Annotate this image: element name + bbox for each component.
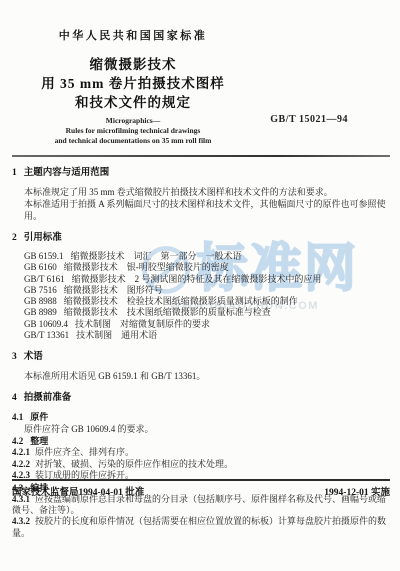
clause-number: 4 <box>12 393 17 403</box>
clause-number: GB 6160 <box>24 262 57 272</box>
footer-divider <box>12 479 390 481</box>
clause-text: 本标准规定了用 35 mm 卷式缩微胶片拍摄技术图样和技术文件的方法和要求。 <box>24 187 333 197</box>
document-line: GB 6160缩微摄影技术 银-明胶型缩微胶片的密度 <box>12 262 388 273</box>
clause-text: 拍摄前准备 <box>24 393 72 403</box>
clause-number: GB 8989 <box>24 307 57 317</box>
document-line: 4拍摄前准备 <box>12 393 388 404</box>
clause-text: 缩微摄影技术 2 号测试图的特征及其在缩微摄影技术中的应用 <box>72 274 322 284</box>
document-line: GB/T 13361技术制图 通用术语 <box>12 330 388 341</box>
document-line: 本标准所用术语见 GB 6159.1 和 GB/T 13361。 <box>12 370 388 382</box>
header-divider <box>12 155 390 157</box>
document-title-zh: 缩微摄影技术用 35 mm 卷片拍摄技术图样和技术文件的规定 <box>0 55 266 112</box>
document-line: GB 8989缩微摄影技术 技术图纸缩微摄影的质量标准与检查 <box>12 307 388 318</box>
clause-number: GB 6159.1 <box>24 251 64 261</box>
clause-text: 按胶片的长度和原件情况（包括需要在相应位置放置的标板）计算每盘胶片拍摄原件的数量… <box>12 516 386 537</box>
document-line: 4.3.2按胶片的长度和原件情况（包括需要在相应位置放置的标板）计算每盘胶片拍摄… <box>12 516 388 539</box>
document-title-en: Micrographics—Rules for microfilming tec… <box>0 116 266 146</box>
clause-text: 原件应齐全、排列有序。 <box>35 447 134 457</box>
clause-number: GB 8988 <box>24 296 57 306</box>
clause-text: 缩微摄影技术 技术图纸缩微摄影的质量标准与检查 <box>64 307 271 317</box>
clause-text: 技术制图 对缩微复制原件的要求 <box>75 319 210 329</box>
subtitle-line: Rules for microfilming technical drawing… <box>0 126 266 136</box>
standard-number: GB/T 15021—94 <box>270 114 348 125</box>
subtitle-line: and technical documentations on 35 mm ro… <box>0 136 266 146</box>
document-footer: 国家技术监督局1994-04-01 批准 1994-12-01 实施 <box>12 484 390 498</box>
clause-text: 缩微摄影技术 图形符号 <box>64 285 163 295</box>
clause-text: 本标准所用术语见 GB 6159.1 和 GB/T 13361。 <box>24 371 205 381</box>
document-line: GB 7516缩微摄影技术 图形符号 <box>12 285 388 296</box>
clause-text: 引用标准 <box>24 233 62 243</box>
document-line: 本标准适用于拍摄 A 系列幅面尺寸的技术图样和技术文件，其他幅面尺寸的原件也可参… <box>12 198 388 222</box>
clause-number: 2 <box>12 233 17 243</box>
clause-text: 本标准适用于拍摄 A 系列幅面尺寸的技术图样和技术文件，其他幅面尺寸的原件也可参… <box>24 199 386 221</box>
clause-text: 主题内容与适用范围 <box>24 168 110 178</box>
document-line: 本标准规定了用 35 mm 卷式缩微胶片拍摄技术图样和技术文件的方法和要求。 <box>12 186 388 198</box>
document-line: GB 8988缩微摄影技术 检验技术图纸缩微摄影质量测试标板的制作 <box>12 296 388 307</box>
clause-text: 缩微摄影技术 检验技术图纸缩微摄影质量测试标板的制作 <box>64 296 298 306</box>
clause-number: GB/T 13361 <box>24 330 69 340</box>
document-line: GB/T 6161缩微摄影技术 2 号测试图的特征及其在缩微摄影技术中的应用 <box>12 274 388 285</box>
document-line: GB 6159.1缩微摄影技术 词汇 第一部分 一般术语 <box>12 251 388 262</box>
clause-text: 缩微摄影技术 词汇 第一部分 一般术语 <box>71 251 242 261</box>
clause-text: 缩微摄影技术 银-明胶型缩微胶片的密度 <box>64 262 229 272</box>
document-line: 2引用标准 <box>12 233 388 244</box>
title-line: 缩微摄影技术 <box>0 55 266 74</box>
approval-note: 国家技术监督局1994-04-01 批准 <box>12 484 144 498</box>
clause-text: 技术制图 通用术语 <box>76 330 157 340</box>
subtitle-line: Micrographics— <box>0 116 266 126</box>
title-line: 用 35 mm 卷片拍摄技术图样 <box>0 74 266 93</box>
document-line: 4.2.1原件应齐全、排列有序。 <box>12 447 388 458</box>
standard-document-page: 标准网 WWW.iBIAOZHUN.COM 中华人民共和国国家标准 缩微摄影技术… <box>0 0 400 571</box>
clause-number: 1 <box>12 168 17 178</box>
clause-number: 3 <box>12 352 17 362</box>
document-line: 4.2.2对折皱、破损、污染的原件应作相应的技术处理。 <box>12 459 388 470</box>
clause-text: 术语 <box>24 352 43 362</box>
clause-text: 整理 <box>30 436 48 446</box>
document-line: 4.2整理 <box>12 435 388 447</box>
title-line: 和技术文件的规定 <box>0 93 266 112</box>
document-line: 原件应符合 GB 10609.4 的要求。 <box>12 423 388 435</box>
document-line: GB 10609.4技术制图 对缩微复制原件的要求 <box>12 319 388 330</box>
clause-number: GB/T 6161 <box>24 274 65 284</box>
clause-number: 4.3.2 <box>12 516 30 526</box>
clause-number: 4.2.2 <box>12 459 30 469</box>
clause-number: 4.2 <box>12 436 23 446</box>
clause-number: 4.2.1 <box>12 447 30 457</box>
document-line: 3术语 <box>12 352 388 363</box>
clause-number: GB 10609.4 <box>24 319 68 329</box>
document-line: 4.1原件 <box>12 411 388 423</box>
document-header: 中华人民共和国国家标准 缩微摄影技术用 35 mm 卷片拍摄技术图样和技术文件的… <box>0 27 400 157</box>
clause-number: 4.1 <box>12 412 23 422</box>
country-standard-label: 中华人民共和国国家标准 <box>0 27 266 43</box>
implementation-note: 1994-12-01 实施 <box>324 484 390 498</box>
clause-text: 对折皱、破损、污染的原件应作相应的技术处理。 <box>35 459 233 469</box>
clause-text: 原件 <box>30 412 48 422</box>
document-line: 1主题内容与适用范围 <box>12 168 388 179</box>
clause-number: GB 7516 <box>24 285 57 295</box>
clause-text: 原件应符合 GB 10609.4 的要求。 <box>24 424 154 434</box>
